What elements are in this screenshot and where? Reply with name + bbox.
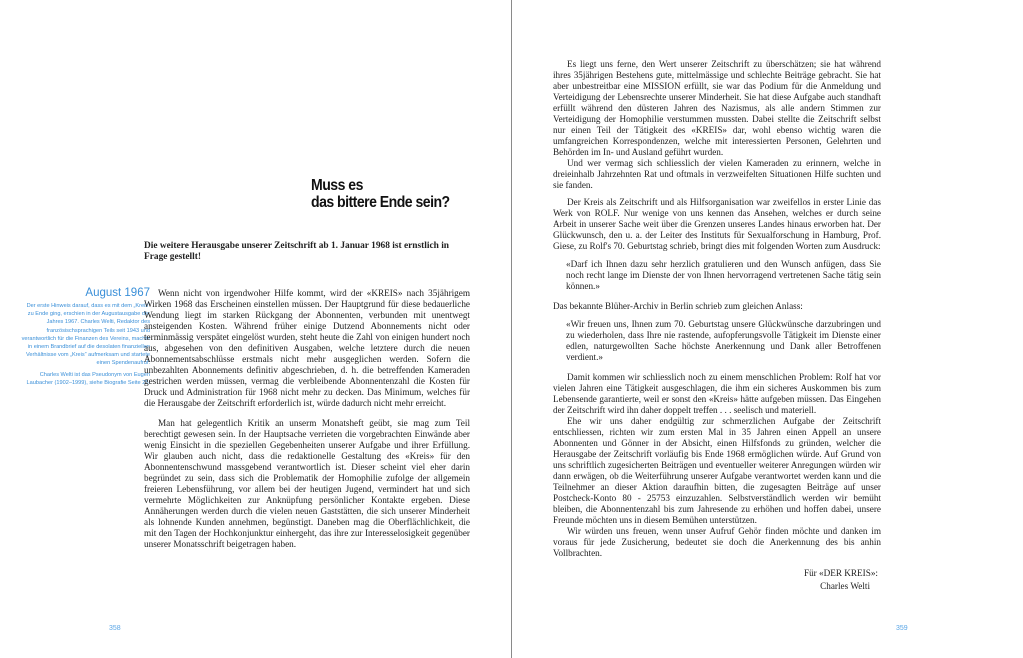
body-paragraph: Ehe wir uns daher endgültig zur schmerzl… (553, 416, 881, 526)
body-paragraph: Es liegt uns ferne, den Wert unserer Zei… (553, 59, 881, 158)
body-paragraph: Damit kommen wir schliesslich noch zu ei… (553, 372, 881, 416)
body-paragraph: Und wer vermag sich schliesslich der vie… (553, 158, 881, 191)
left-page: August 1967 Der erste Hinweis darauf, da… (0, 0, 511, 658)
headline-line: Muss es (311, 177, 487, 194)
signature-name: Charles Welti (553, 580, 878, 593)
right-body-column: Es liegt uns ferne, den Wert unserer Zei… (553, 59, 881, 593)
body-paragraph: Der Kreis als Zeitschrift und als Hilfso… (553, 197, 881, 252)
body-paragraph: Wenn nicht von irgendwoher Hilfe kommt, … (144, 288, 470, 409)
headline-line: das bittere Ende sein? (311, 194, 487, 211)
body-paragraph: Wir würden uns freuen, wenn unser Aufruf… (553, 526, 881, 559)
quote-bluehr-archiv: «Wir freuen uns, Ihnen zum 70. Geburtsta… (566, 319, 881, 363)
body-paragraph: Man hat gelegentlich Kritik an unserm Mo… (144, 418, 470, 550)
quote-giese: «Darf ich Ihnen dazu sehr herzlich gratu… (566, 259, 881, 292)
article-headline: Muss es das bittere Ende sein? (311, 177, 487, 211)
signature: Für «DER KREIS»: Charles Welti (553, 567, 881, 593)
page-number: 358 (109, 625, 121, 632)
sidenote-paragraph: Charles Welti ist das Pseudonym von Euge… (20, 371, 150, 387)
left-body-column: Wenn nicht von irgendwoher Hilfe kommt, … (144, 288, 470, 550)
body-paragraph: Das bekannte Blüher-Archiv in Berlin sch… (553, 301, 881, 312)
sidenote: August 1967 Der erste Hinweis darauf, da… (20, 287, 150, 390)
article-lead: Die weitere Herausgabe unserer Zeitschri… (144, 241, 470, 263)
signature-line: Für «DER KREIS»: (553, 567, 878, 580)
page-number: 359 (896, 625, 908, 632)
right-page: Es liegt uns ferne, den Wert unserer Zei… (512, 0, 1023, 658)
book-spread: August 1967 Der erste Hinweis darauf, da… (0, 0, 1023, 658)
sidenote-title: August 1967 (20, 287, 150, 299)
sidenote-paragraph: Der erste Hinweis darauf, dass es mit de… (20, 302, 150, 368)
